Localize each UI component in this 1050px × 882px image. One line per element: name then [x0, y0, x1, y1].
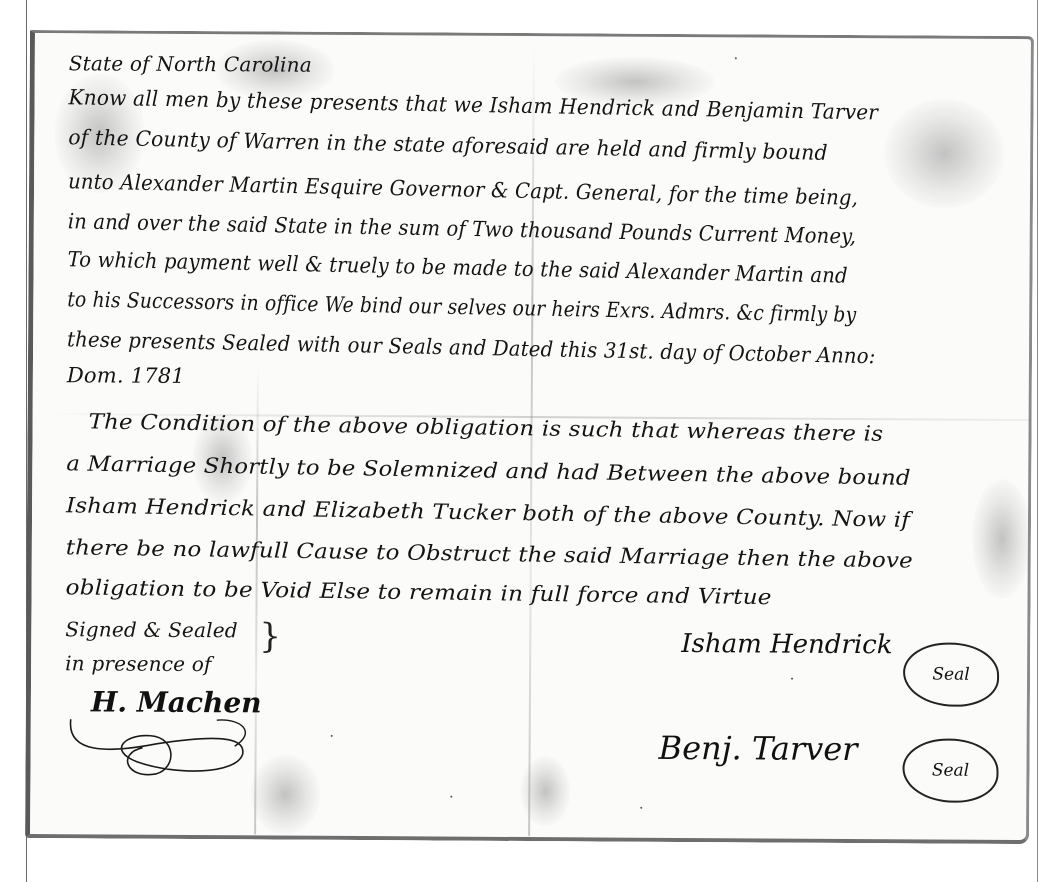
bond-line: these presents Sealed with our Seals and…: [67, 327, 876, 368]
bond-line: in and over the said State in the sum of…: [68, 209, 857, 248]
stain: [250, 754, 320, 834]
paper-sheet: State of North Carolina Know all men by …: [25, 30, 1034, 844]
document-body: State of North Carolina Know all men by …: [69, 51, 1029, 57]
attestation-bracket: }: [259, 616, 281, 656]
speck: [735, 57, 737, 59]
scan-edge-right: [1037, 0, 1038, 882]
scanned-document: State of North Carolina Know all men by …: [0, 0, 1050, 882]
bond-line: of the County of Warren in the state afo…: [68, 125, 828, 165]
condition-line: a Marriage Shortly to be Solemnized and …: [66, 451, 911, 490]
condition-line: obligation to be Void Else to remain in …: [65, 575, 771, 609]
speck: [640, 807, 642, 809]
seal-label: Seal: [932, 665, 969, 685]
seal: Seal: [902, 738, 998, 803]
bond-line: Know all men by these presents that we I…: [68, 85, 878, 124]
bond-line: Dom. 1781: [67, 363, 185, 388]
speck: [331, 735, 333, 737]
condition-line: there be no lawfull Cause to Obstruct th…: [66, 535, 914, 572]
attestation-line: in presence of: [65, 651, 212, 676]
stain: [884, 98, 1005, 209]
speck: [450, 796, 452, 798]
bond-line: To which payment well & truely to be mad…: [67, 247, 848, 287]
signatory-signature: Benj. Tarver: [659, 729, 858, 768]
bond-line: to his Successors in office We bind our …: [67, 287, 856, 327]
speck: [791, 678, 793, 680]
condition-line: The Condition of the above obligation is…: [88, 409, 883, 445]
seal: Seal: [903, 642, 999, 707]
fold-line: [528, 46, 535, 836]
document-heading: State of North Carolina: [69, 51, 312, 76]
bond-line: unto Alexander Martin Esquire Governor &…: [68, 169, 859, 210]
condition-line: Isham Hendrick and Elizabeth Tucker both…: [66, 493, 910, 532]
witness-flourish: [66, 713, 256, 794]
signatory-signature: Isham Hendrick: [681, 629, 892, 660]
seal-label: Seal: [932, 761, 969, 781]
attestation-line: Signed & Sealed: [65, 617, 238, 642]
stain: [972, 479, 1033, 599]
